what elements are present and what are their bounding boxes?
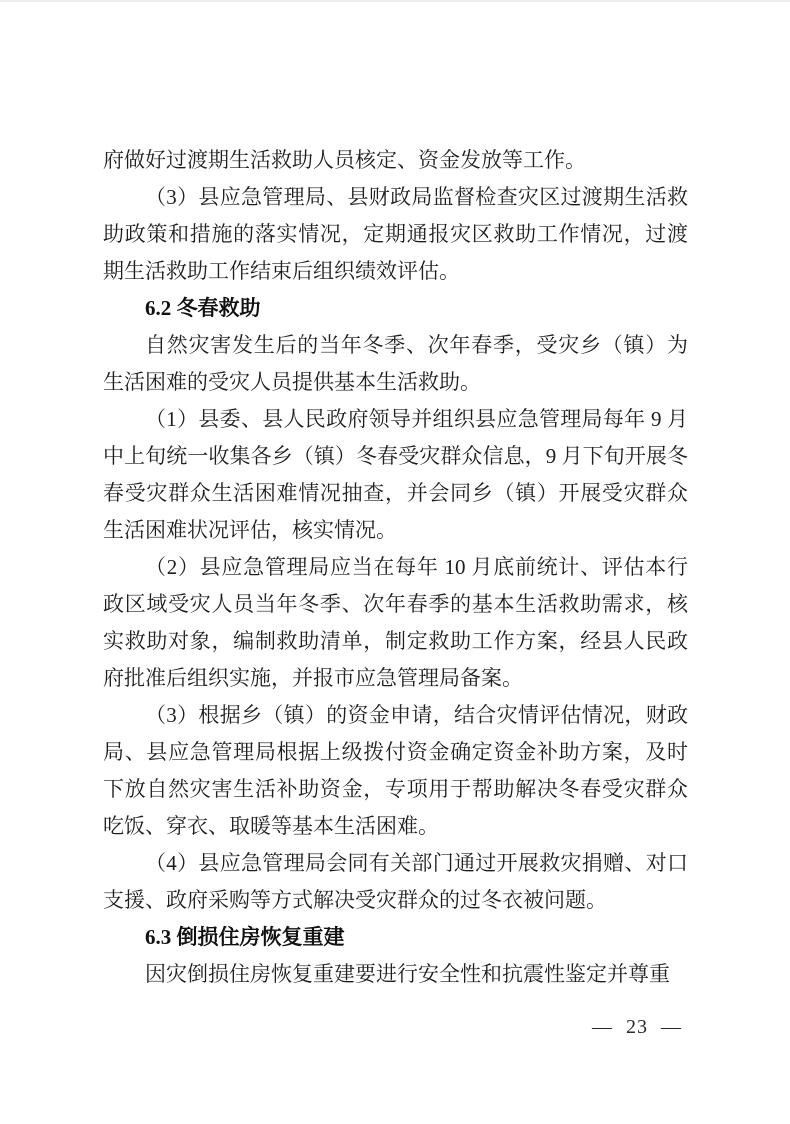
page-number: — 23 — [592, 1014, 682, 1040]
section-6-2-item-1: （1）县委、县人民政府领导并组织县应急管理局每年 9 月中上旬统一收集各乡（镇）… [103, 401, 688, 549]
section-6-2-item-3: （3）根据乡（镇）的资金申请，结合灾情评估情况，财政局、县应急管理局根据上级拨付… [103, 697, 688, 845]
section-6-2-item-2: （2）县应急管理局应当在每年 10 月底前统计、评估本行政区域受灾人员当年冬季、… [103, 549, 688, 697]
section-heading-6-3: 6.3 倒损住房恢复重建 [103, 919, 688, 956]
document-page: 府做好过渡期生活救助人员核定、资金发放等工作。 （3）县应急管理局、县财政局监督… [0, 0, 790, 1124]
section-6-3-intro: 因灾倒损住房恢复重建要进行安全性和抗震性鉴定并尊重 [103, 956, 688, 993]
paragraph-item-3-transitional: （3）县应急管理局、县财政局监督检查灾区过渡期生活救助政策和措施的落实情况，定期… [103, 179, 688, 290]
section-6-2-item-4: （4）县应急管理局会同有关部门通过开展救灾捐赠、对口支援、政府采购等方式解决受灾… [103, 845, 688, 919]
section-heading-6-2: 6.2 冬春救助 [103, 290, 688, 327]
document-body: 府做好过渡期生活救助人员核定、资金发放等工作。 （3）县应急管理局、县财政局监督… [103, 142, 688, 993]
section-6-2-intro: 自然灾害发生后的当年冬季、次年春季，受灾乡（镇）为生活困难的受灾人员提供基本生活… [103, 327, 688, 401]
continuation-paragraph: 府做好过渡期生活救助人员核定、资金发放等工作。 [103, 142, 688, 179]
